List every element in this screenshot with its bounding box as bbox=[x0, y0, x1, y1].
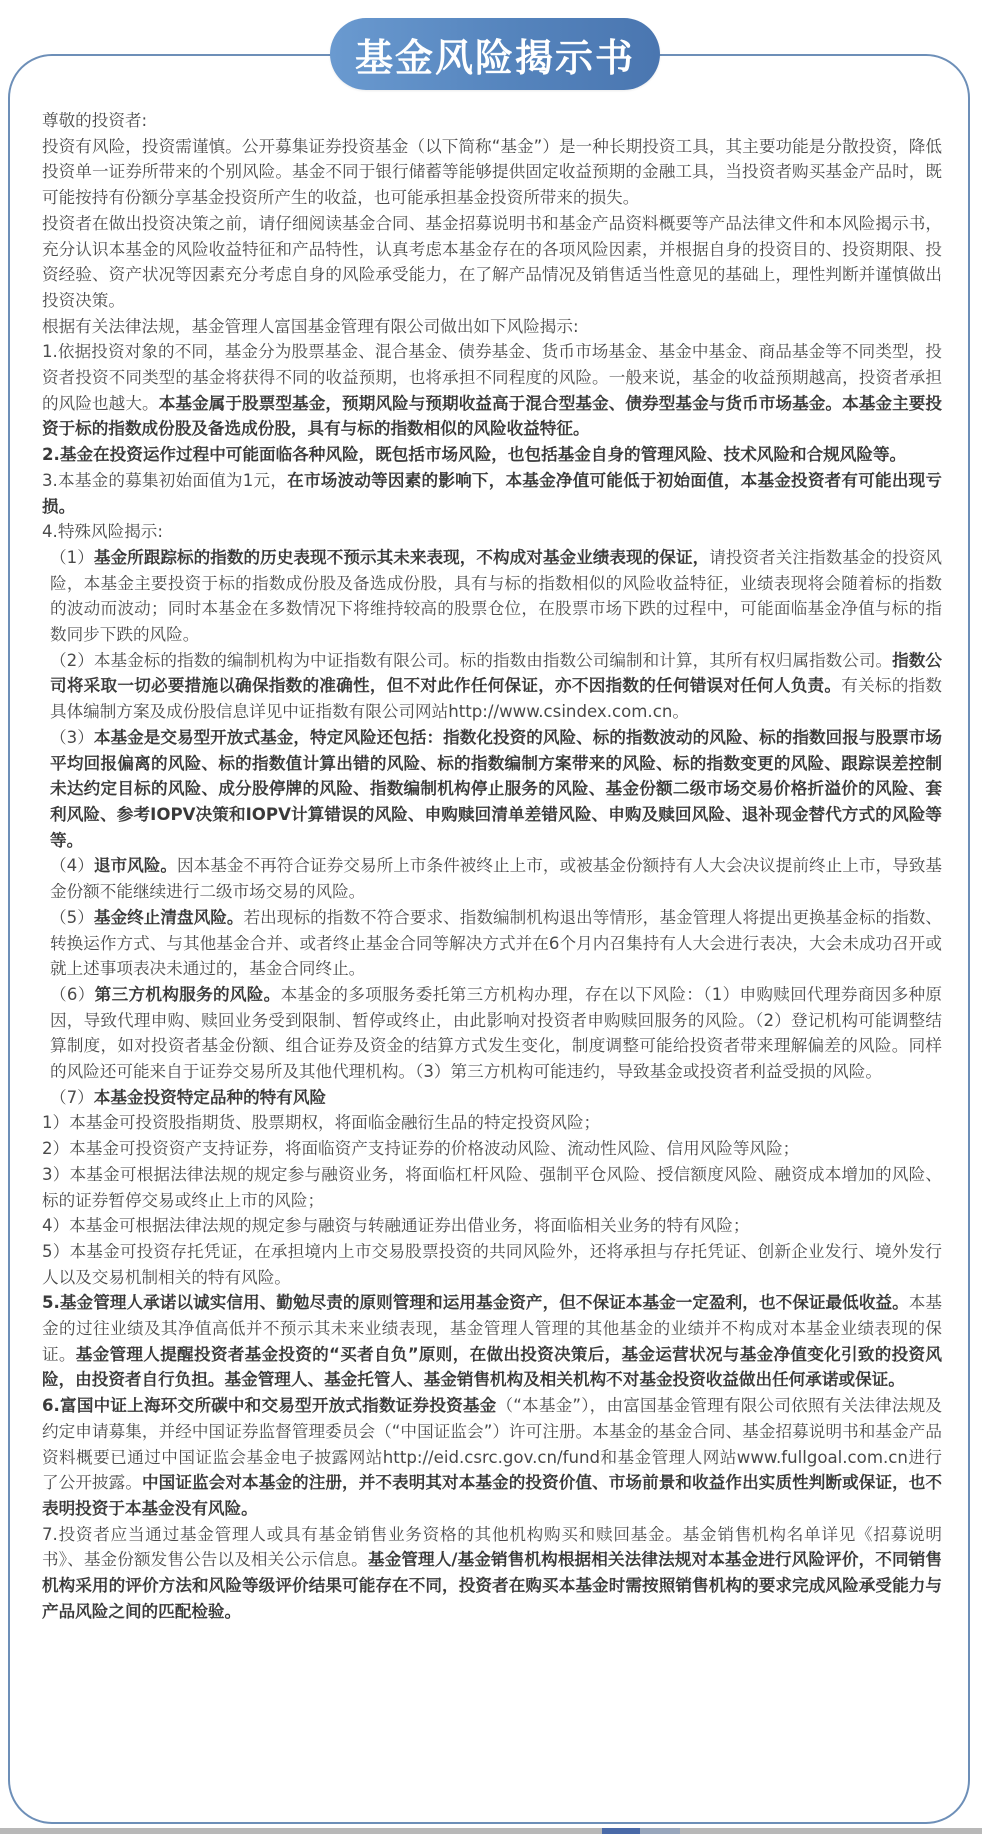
risk-item-3: 3.本基金的募集初始面值为1元，在市场波动等因素的影响下，本基金净值可能低于初始… bbox=[42, 468, 942, 519]
special-risk-7-emphasis: 本基金投资特定品种的特有风险 bbox=[94, 1088, 326, 1107]
special-risk-2-number: （2） bbox=[50, 651, 94, 670]
specific-risk-list-item-3: 3）本基金可根据法律法规的规定参与融资业务，将面临杠杆风险、强制平仓风险、授信额… bbox=[42, 1162, 942, 1213]
intro-paragraph-3: 根据有关法律法规，基金管理人富国基金管理有限公司做出如下风险揭示: bbox=[42, 314, 942, 340]
special-risk-4: （4）退市风险。因本基金不再符合证券交易所上市条件被终止上市，或被基金份额持有人… bbox=[42, 853, 942, 904]
risk-item-1: 1.依据投资对象的不同，基金分为股票基金、混合基金、债券基金、货币市场基金、基金… bbox=[42, 339, 942, 442]
special-risk-2-text-a: 本基金标的指数的编制机构为中证指数有限公司。标的指数由指数公司编制和计算，其所有… bbox=[94, 651, 892, 670]
bottom-scroll-bar bbox=[0, 1828, 982, 1834]
special-risk-1-emphasis: 基金所跟踪标的指数的历史表现不预示其未来表现，不构成对基金业绩表现的保证， bbox=[94, 548, 709, 567]
risk-item-2: 2.基金在投资运作过程中可能面临各种风险，既包括市场风险，也包括基金自身的管理风… bbox=[42, 442, 942, 468]
special-risk-5-emphasis: 基金终止清盘风险。 bbox=[94, 908, 244, 927]
greeting: 尊敬的投资者: bbox=[42, 108, 942, 134]
specific-risk-list-item-4: 4）本基金可根据法律法规的规定参与融资与转融通证券出借业务，将面临相关业务的特有… bbox=[42, 1213, 942, 1239]
risk-item-2-emphasis: 2.基金在投资运作过程中可能面临各种风险，既包括市场风险，也包括基金自身的管理风… bbox=[42, 445, 906, 464]
special-risk-7-number: （7） bbox=[50, 1088, 94, 1107]
special-risk-6-emphasis: 第三方机构服务的风险。 bbox=[95, 985, 281, 1004]
document-body: 尊敬的投资者: 投资有风险，投资需谨慎。公开募集证券投资基金（以下简称“基金”）… bbox=[42, 108, 942, 1624]
special-risk-4-text: 因本基金不再符合证券交易所上市条件被终止上市，或被基金份额持有人大会决议提前终止… bbox=[50, 856, 942, 901]
special-risk-2: （2）本基金标的指数的编制机构为中证指数有限公司。标的指数由指数公司编制和计算，… bbox=[42, 648, 942, 725]
special-risk-3: （3）本基金是交易型开放式基金，特定风险还包括：指数化投资的风险、标的指数波动的… bbox=[42, 725, 942, 854]
special-risk-4-number: （4） bbox=[50, 856, 94, 875]
special-risk-3-number: （3） bbox=[50, 728, 94, 747]
specific-risk-list-item-2: 2）本基金可投资资产支持证券，将面临资产支持证券的价格波动风险、流动性风险、信用… bbox=[42, 1136, 942, 1162]
scroll-indicator-active bbox=[602, 1828, 640, 1834]
risk-item-4-heading: 4.特殊风险揭示: bbox=[42, 519, 942, 545]
special-risk-6: （6）第三方机构服务的风险。本基金的多项服务委托第三方机构办理，存在以下风险：（… bbox=[42, 982, 942, 1085]
risk-item-5: 5.基金管理人承诺以诚实信用、勤勉尽责的原则管理和运用基金资产，但不保证本基金一… bbox=[42, 1290, 942, 1393]
special-risk-4-emphasis: 退市风险。 bbox=[94, 856, 177, 875]
specific-risk-list-item-5: 5）本基金可投资存托凭证，在承担境内上市交易股票投资的共同风险外，还将承担与存托… bbox=[42, 1239, 942, 1290]
document-title-banner: 基金风险揭示书 bbox=[330, 18, 660, 90]
intro-paragraph-2: 投资者在做出投资决策之前，请仔细阅读基金合同、基金招募说明书和基金产品资料概要等… bbox=[42, 211, 942, 314]
risk-item-1-emphasis: 本基金属于股票型基金，预期风险与预期收益高于混合型基金、债券型基金与货币市场基金… bbox=[42, 394, 942, 439]
special-risk-1-number: （1） bbox=[50, 548, 94, 567]
special-risk-3-emphasis: 本基金是交易型开放式基金，特定风险还包括：指数化投资的风险、标的指数波动的风险、… bbox=[50, 728, 942, 850]
document-title: 基金风险揭示书 bbox=[355, 27, 635, 82]
special-risk-6-number: （6） bbox=[50, 985, 95, 1004]
risk-item-5-emphasis-a: 5.基金管理人承诺以诚实信用、勤勉尽责的原则管理和运用基金资产，但不保证本基金一… bbox=[42, 1293, 909, 1312]
risk-item-6-emphasis-b: 中国证监会对本基金的注册，并不表明其对本基金的投资价值、市场前景和收益作出实质性… bbox=[42, 1473, 942, 1518]
special-risk-5-number: （5） bbox=[50, 908, 94, 927]
specific-risk-list-item-1: 1）本基金可投资股指期货、股票期权，将面临金融衍生品的特定投资风险； bbox=[42, 1110, 942, 1136]
risk-item-6-emphasis-a: 6.富国中证上海环交所碳中和交易型开放式指数证券投资基金 bbox=[42, 1396, 496, 1415]
risk-item-5-emphasis-b: 基金管理人提醒投资者基金投资的“买者自负”原则，在做出投资决策后，基金运营状况与… bbox=[42, 1345, 942, 1390]
intro-paragraph-1: 投资有风险，投资需谨慎。公开募集证券投资基金（以下简称“基金”）是一种长期投资工… bbox=[42, 134, 942, 211]
special-risk-7: （7）本基金投资特定品种的特有风险 bbox=[42, 1085, 942, 1111]
risk-item-7: 7.投资者应当通过基金管理人或具有基金销售业务资格的其他机构购买和赎回基金。基金… bbox=[42, 1522, 942, 1625]
special-risk-1: （1）基金所跟踪标的指数的历史表现不预示其未来表现，不构成对基金业绩表现的保证，… bbox=[42, 545, 942, 648]
special-risk-5: （5）基金终止清盘风险。若出现标的指数不符合要求、指数编制机构退出等情形，基金管… bbox=[42, 905, 942, 982]
risk-item-6: 6.富国中证上海环交所碳中和交易型开放式指数证券投资基金（“本基金”），由富国基… bbox=[42, 1393, 942, 1522]
scroll-indicator-track bbox=[640, 1828, 680, 1834]
risk-item-3-text: 3.本基金的募集初始面值为1元， bbox=[42, 471, 287, 490]
